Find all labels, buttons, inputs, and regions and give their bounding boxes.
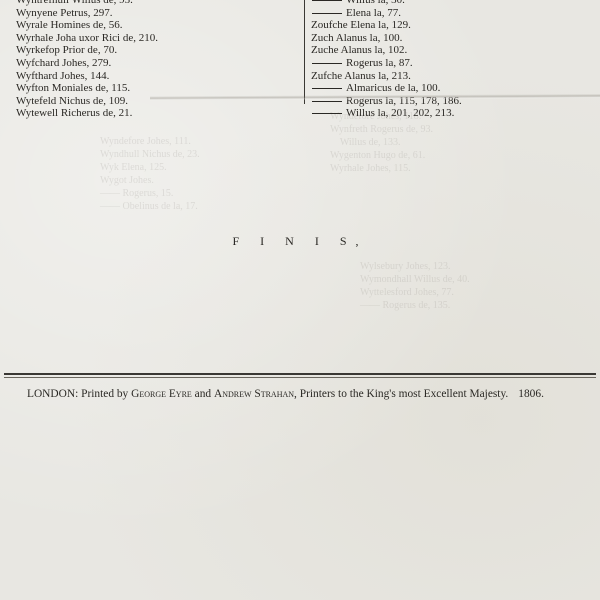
index-entry: Wytewell Richerus de, 21.: [16, 107, 296, 120]
imprint-year: 1806.: [518, 388, 544, 400]
index-entry: Rogerus la, 87.: [311, 57, 591, 70]
index-entry: Zufche Alanus la, 213.: [311, 70, 591, 83]
index-entry: Wyntrefhull Willus de, 93.: [16, 0, 296, 7]
finis-heading: F I N I S,: [0, 234, 600, 249]
index-entry: Zoufche Elena la, 129.: [311, 19, 591, 32]
printer-imprint: LONDON: Printed by George Eyre and Andre…: [27, 388, 544, 400]
index-entry: Elena la, 77.: [311, 7, 591, 20]
imprint-printer-2: Andrew Strahan: [214, 388, 294, 400]
imprint-rule-thick: [4, 373, 596, 375]
index-entry: Wyrhale Joha uxor Rici de, 210.: [16, 32, 296, 45]
index-entry: Almaricus de la, 100.: [311, 82, 591, 95]
column-divider: [304, 0, 305, 104]
imprint-rule-thin: [4, 377, 596, 378]
ditto-dash: [312, 88, 342, 89]
index-entry: Willus la, 201, 202, 213.: [311, 107, 591, 120]
index-entry: Zuch Alanus la, 100.: [311, 32, 591, 45]
index-entry: Wyfton Moniales de, 115.: [16, 82, 296, 95]
document-page: Wyndefore Johes, 118. Wynfreth Rogerus d…: [0, 0, 600, 600]
index-entry: Zuche Alanus la, 102.: [311, 44, 591, 57]
bleed-through-text: Wyndefore Johes, 111. Wyndhull Nichus de…: [100, 135, 200, 213]
index-entry: Wyrkefop Prior de, 70.: [16, 44, 296, 57]
ditto-dash: [312, 101, 342, 102]
ditto-dash: [312, 113, 342, 114]
ditto-dash: [312, 13, 342, 14]
ditto-dash: [312, 63, 342, 64]
bleed-through-text: Wylsebury Johes, 123. Wymondhall Willus …: [360, 260, 470, 312]
index-entry: Wyfthard Johes, 144.: [16, 70, 296, 83]
imprint-place: LONDON: [27, 388, 75, 400]
index-left-column: Wyntrefhull Willus de, 93. Wynyene Petru…: [16, 0, 296, 120]
index-entry: Wynyene Petrus, 297.: [16, 7, 296, 20]
index-entry: Wyrale Homines de, 56.: [16, 19, 296, 32]
imprint-printer-1: George Eyre: [131, 388, 192, 400]
index-entry: Wyfchard Johes, 279.: [16, 57, 296, 70]
ditto-dash: [312, 0, 342, 1]
index-right-column: Willus la, 30. Elena la, 77. Zoufche Ele…: [311, 0, 591, 120]
index-entry: Willus la, 30.: [311, 0, 591, 7]
